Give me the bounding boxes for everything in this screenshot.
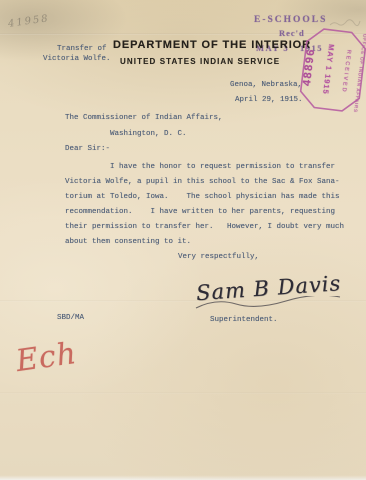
pencil-notation: 41958 [7, 13, 50, 30]
e-schools-stamp-line1: E-SCHOOLS [254, 15, 327, 25]
reference-initials: SBD/MA [57, 314, 84, 322]
closing: Very respectfully, [178, 253, 259, 261]
paper-crease [0, 392, 366, 394]
body-line: their permission to transfer her. Howeve… [65, 220, 350, 235]
subject-note-line2: Victoria Wolfe. [43, 55, 111, 63]
dateline-date: April 29, 1915. [235, 96, 303, 104]
recipient-line1: The Commissioner of Indian Affairs, [65, 114, 223, 122]
office-indian-affairs-stamp: OFFICE OF INDIAN AFFAIRS RECEIVED MAY 1 … [297, 26, 366, 115]
body-line: about them consenting to it. [65, 235, 350, 250]
letterhead-service: UNITED STATES INDIAN SERVICE [120, 57, 280, 66]
subject-note-line1: Transfer of [57, 45, 107, 53]
body-line: recommendation. I have written to her pa… [65, 205, 350, 220]
signature-title: Superintendent. [210, 316, 278, 324]
body-line: I have the honor to request permission t… [65, 160, 350, 175]
body-line: Victoria Wolfe, a pupil in this school t… [65, 175, 350, 190]
signature-flourish [192, 296, 344, 312]
recipient-line2: Washington, D. C. [110, 130, 187, 138]
octagon-date-text: MAY 1 1915 [321, 44, 336, 96]
letterhead-department: DEPARTMENT OF THE INTERIOR [113, 39, 311, 51]
octagon-stamp-content: OFFICE OF INDIAN AFFAIRS RECEIVED MAY 1 … [298, 27, 366, 114]
letter-body: I have the honor to request permission t… [65, 160, 350, 250]
red-pencil-note: Ech [14, 336, 79, 379]
salutation: Dear Sir:- [65, 145, 110, 153]
dateline-place: Genoa, Nebraska, [230, 81, 302, 89]
body-line: torium at Toledo, Iowa. The school physi… [65, 190, 350, 205]
octagon-received-text: RECEIVED [340, 49, 351, 94]
letter-scan: 41958 E-SCHOOLS Rec'd MAY 3 1915 DEPARTM… [0, 0, 366, 480]
e-schools-stamp-line2: Rec'd [279, 28, 305, 38]
